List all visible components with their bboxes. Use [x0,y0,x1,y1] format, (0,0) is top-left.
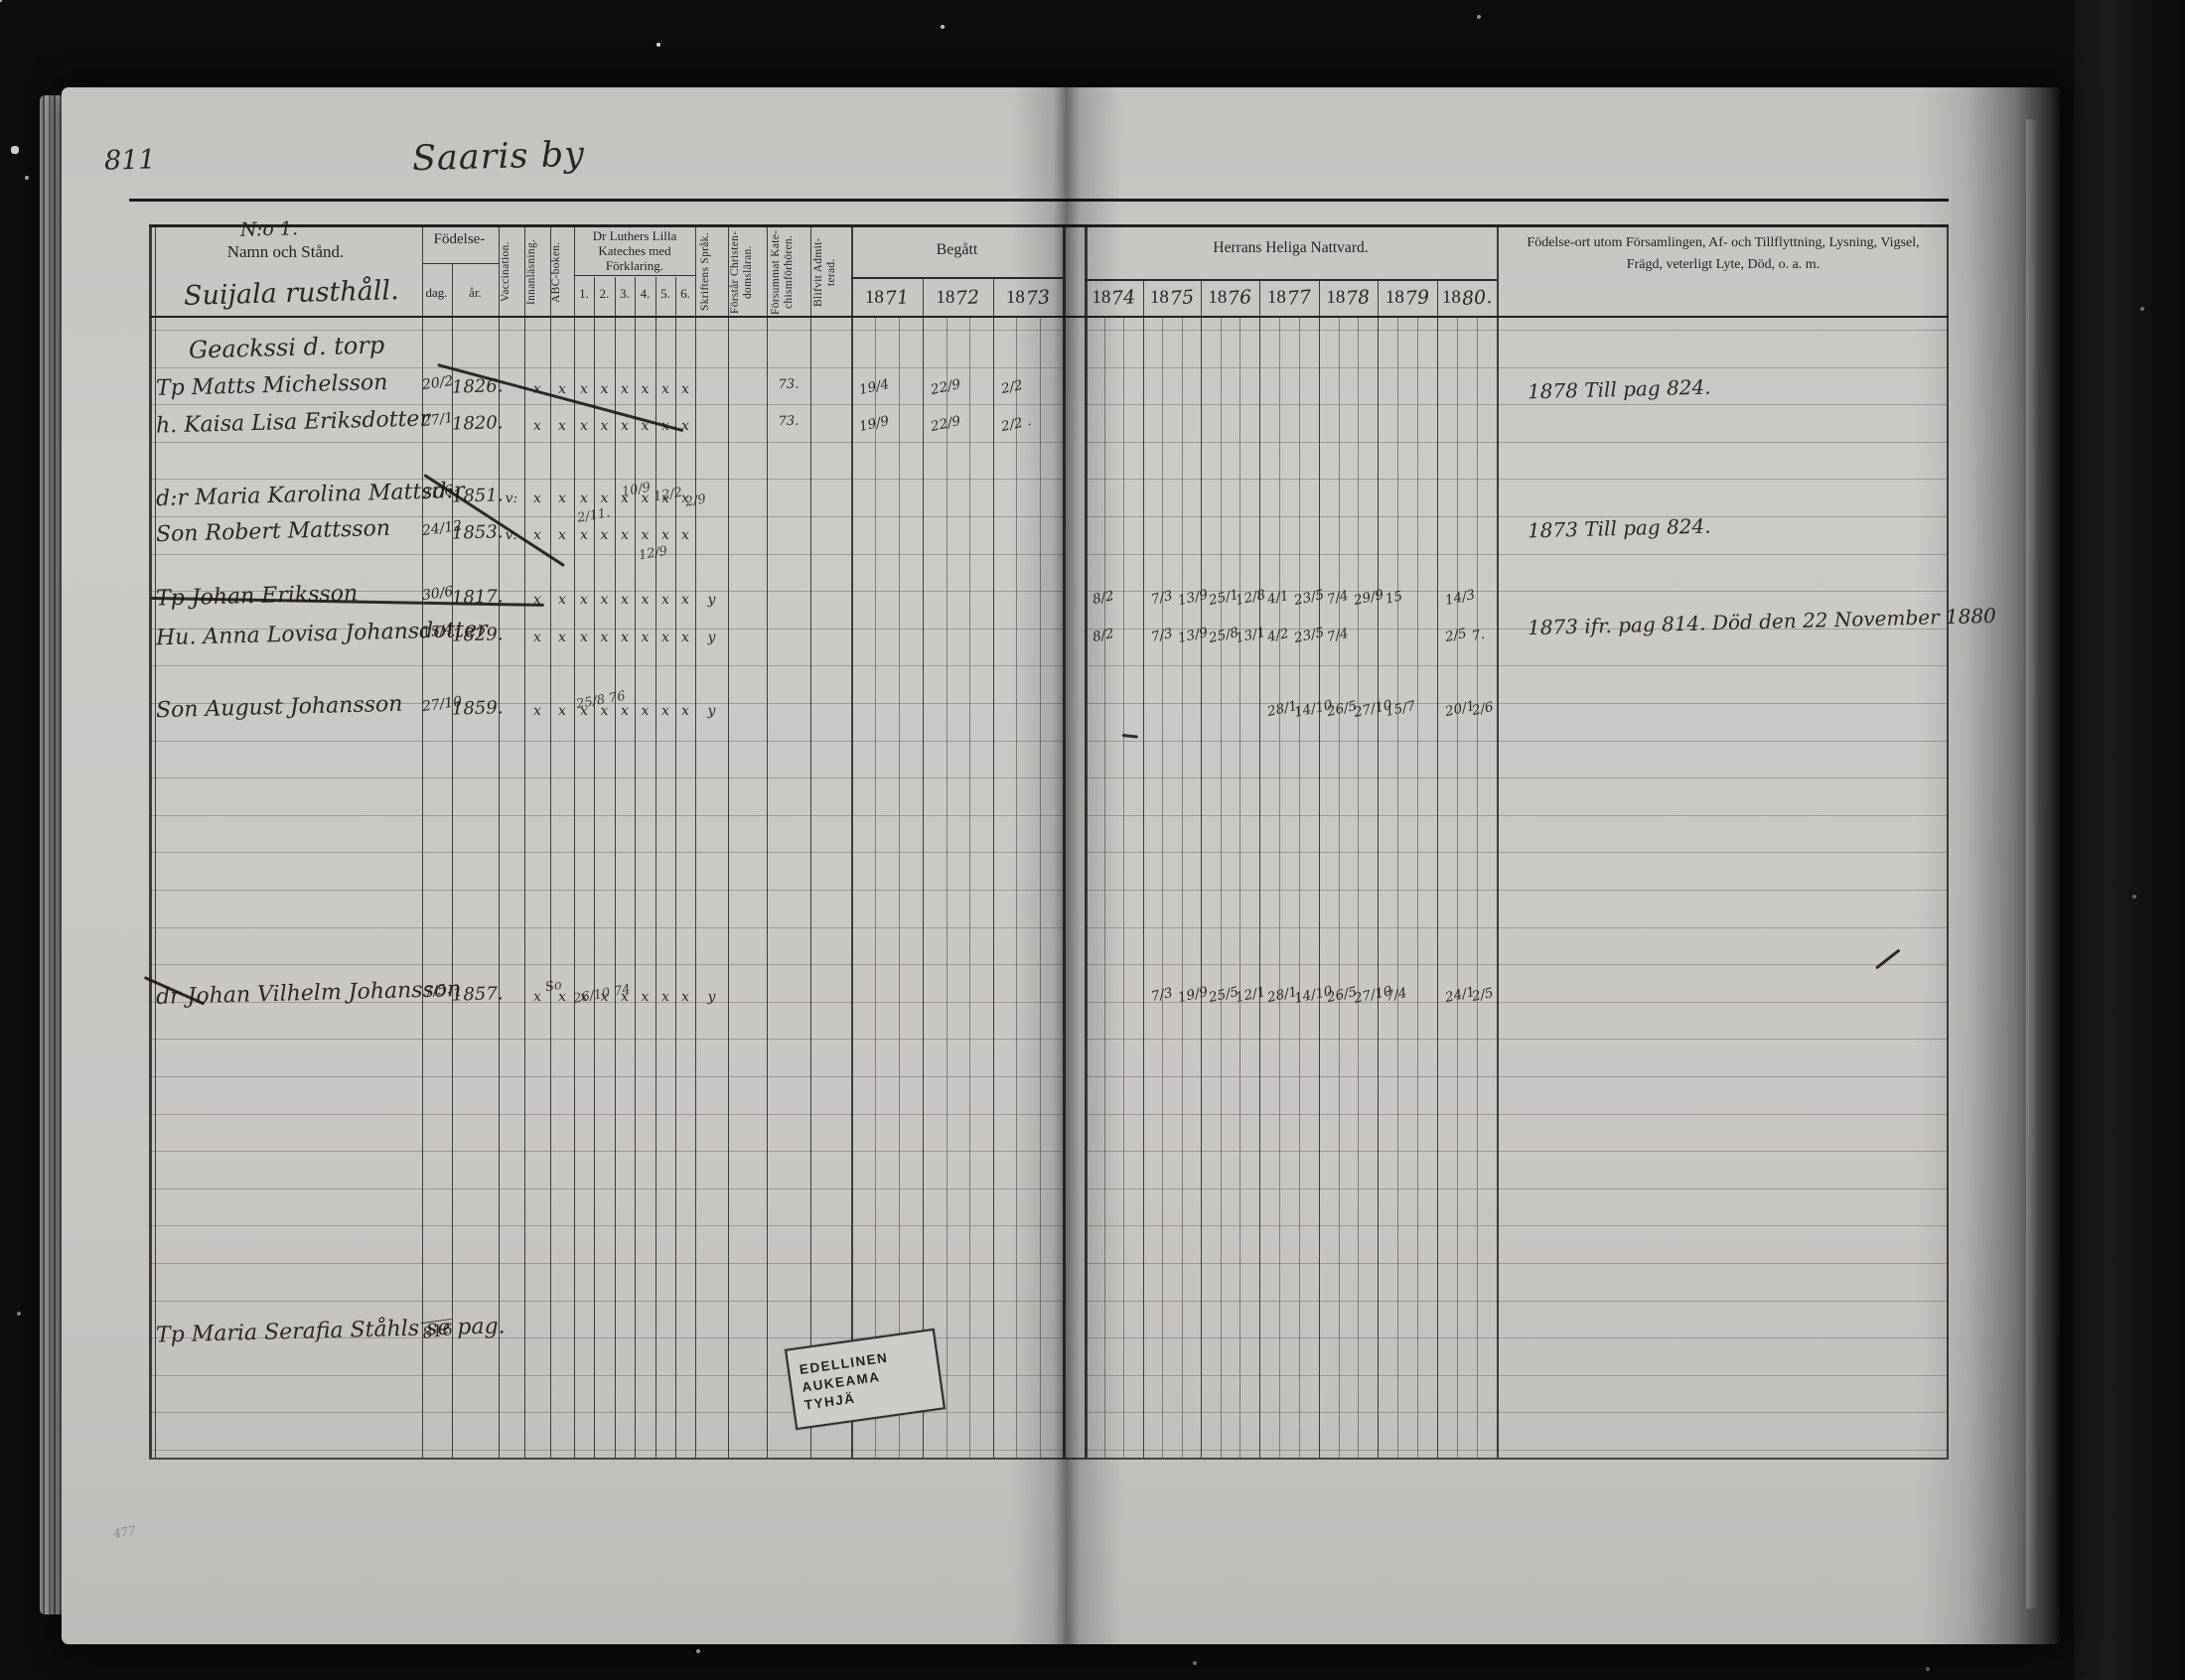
grid-line [149,964,1063,965]
communion-date: 19/9 [858,413,891,435]
cell-check-mark: x [524,630,550,646]
stray-ink: 477 [112,1523,137,1541]
cell-check-mark: x [615,527,635,544]
cell-birth-year: 1829. [452,624,500,645]
grid-line [149,330,1063,331]
grid-line [1085,1225,1949,1226]
grid-line [1457,316,1458,1458]
grid-line [1239,316,1240,1458]
cell-check-mark: x [574,490,594,507]
grid-line [1085,1301,1949,1302]
grid-line [1123,316,1124,1458]
cell-check-mark: x [550,592,574,609]
grid-line [574,224,575,1458]
year-handwritten-suffix: 78 [1346,286,1372,310]
grid-line [1016,316,1017,1458]
grid-line [1085,741,1949,742]
stray-ink: 2/11. [576,505,611,526]
year-printed-prefix: 18 [936,287,954,309]
communion-date: 8/2 [1092,588,1116,608]
grid-line [899,316,900,1458]
communion-date: 22/9 [930,413,962,435]
grid-line [635,277,636,1458]
year-handwritten-suffix: 75 [1169,286,1195,310]
cell-check-mark: x [655,527,675,544]
grid-line [1358,316,1359,1458]
communion-date: 22/9 [930,376,962,398]
grid-line [149,554,1063,555]
cell-birth-day: 27/1 [421,410,454,430]
grid-line [1947,224,1949,1458]
column-header-catechism-number: 3. [615,286,635,302]
grid-line [1085,964,1949,965]
cell-check-mark: x [655,592,675,609]
column-header-year: 1875 [1142,287,1202,309]
cell-check-mark: x [574,630,594,646]
stray-ink: So [544,978,563,996]
grid-line [1085,852,1949,853]
grid-line [810,224,811,1458]
grid-line [851,224,853,1458]
column-header-vertical: terad. [824,229,838,315]
grid-line [923,277,924,1458]
cell-check-mark: x [635,703,655,720]
grid-line [149,1263,1063,1264]
row-name: h. Kaisa Lisa Eriksdotter [156,406,431,438]
grid-line [574,275,695,276]
grid-line [875,316,876,1458]
year-printed-prefix: 18 [1267,287,1286,309]
grid-line [149,1039,1063,1040]
cell-check-mark: x [615,630,635,646]
grid-line [675,277,676,1458]
cell-check-mark: x [550,418,574,435]
column-header-vertical: Vaccination. [499,229,512,315]
row-name: Son August Johansson [156,692,403,723]
grid-line [1085,367,1949,368]
grid-line [149,479,1063,480]
grid-line [1085,554,1949,555]
grid-line [1085,815,1949,816]
cell-check-mark: x [524,418,550,435]
grid-line [149,367,1063,368]
row-name: Son Robert Mattsson [156,516,391,547]
column-header-year: 1879 [1378,287,1437,309]
year-printed-prefix: 18 [1208,287,1227,309]
grid-line [1085,1412,1949,1413]
cell-check-mark: x [635,592,655,609]
column-header-catechism-number: 5. [655,286,675,302]
cell-check-mark: x [550,703,574,720]
cell-check-mark: x [574,418,594,435]
grid-line [1378,279,1379,1458]
grid-line [524,224,525,1458]
grid-line [1085,1114,1949,1115]
year-printed-prefix: 18 [1150,287,1169,309]
cell-ink-note: 73. [767,413,810,429]
grid-line [1397,316,1398,1458]
grid-line [149,665,1063,666]
communion-date: 7/3 [1150,626,1175,645]
column-header-catechism-number: 6. [675,286,695,302]
column-header-vertical: Blifvit Admit- [811,229,825,315]
communion-date: 2/2 . [1000,413,1033,435]
year-handwritten-suffix: 76 [1228,286,1253,310]
cell-check-mark: x [675,989,695,1006]
grid-line [149,1412,1063,1413]
grid-line [1085,1263,1949,1264]
grid-line [149,1189,1063,1190]
cell-check-mark: x [550,527,574,544]
grid-line [149,1114,1063,1115]
communion-date: 2/6 [1471,699,1496,719]
cell-check-mark: y [695,989,728,1006]
column-header-year: 1877 [1259,287,1319,309]
cell-check-mark: x [594,630,615,646]
grid-line [1085,404,1949,405]
grid-line [1497,224,1499,1458]
cell-birth-year: 1820. [452,412,500,434]
cell-check-mark: x [635,989,655,1006]
column-header-vertical: ABC-boken. [549,229,563,315]
cell-check-mark: x [550,630,574,646]
grid-line [155,224,156,1458]
cell-ink-note: 73. [767,376,810,392]
communion-date: 7/3 [1150,588,1175,608]
column-header-year: 1876 [1201,287,1260,309]
grid-line [1143,279,1144,1458]
cell-birth-year: 1859. [452,697,500,719]
grid-line [695,224,696,1458]
cell-check-mark: y [695,703,728,720]
grid-line [1182,316,1183,1458]
grid-line [1085,777,1949,778]
grid-line [728,224,729,1458]
cell-check-mark: y [695,630,728,646]
column-header-vertical: Försummat Kate- [769,229,783,315]
grid-line [1417,316,1418,1458]
cell-check-mark: x [550,490,574,507]
year-handwritten-suffix: 77 [1286,286,1312,310]
grid-line [149,224,1949,227]
cell-check-mark: x [655,630,675,646]
year-printed-prefix: 18 [1006,287,1025,309]
column-header-vertical: chismförhören. [782,229,796,315]
year-handwritten-suffix: 73 [1025,286,1051,310]
year-printed-prefix: 18 [1326,287,1345,309]
year-printed-prefix: 18 [865,287,884,309]
column-header-year: 1878 [1319,287,1379,309]
cell-check-mark: x [675,381,695,398]
cell-check-mark: x [594,527,615,544]
grid-line [1104,316,1105,1458]
cell-check-mark: x [675,592,695,609]
year-handwritten-suffix: 79 [1404,286,1430,310]
column-header-vertical: Förstår Christen- [728,229,742,315]
cell-birth-day: 816 [421,1319,454,1342]
cell-birth-day: 27/10 [421,695,454,715]
grid-line [1085,665,1949,666]
communion-date: 7/4 [1326,588,1351,608]
column-header-year: 1874 [1085,287,1144,309]
communion-date: 8/2 [1092,626,1116,645]
grid-line [655,277,656,1458]
column-header-year: 1871 [857,287,917,309]
grid-line [149,890,1063,891]
grid-line [1085,479,1949,480]
column-header-year: 1872 [929,287,988,309]
column-header-catechism-number: 4. [635,286,655,302]
cell-birth-year: 1857. [452,983,500,1005]
year-handwritten-suffix: 71 [884,286,910,310]
pen-stroke [1875,949,1900,970]
cell-birth-day: 24/12 [421,519,454,539]
grid-line [767,224,768,1458]
column-header-year: 1873 [998,287,1058,309]
cell-check-mark: x [524,490,550,507]
grid-line [149,777,1063,778]
grid-line [1063,224,1066,1458]
row-name: dr Johan Vilhelm Johansson [156,977,462,1010]
communion-date: 2/5 [1444,626,1469,645]
grid-line [1085,1450,1949,1451]
cell-check-mark: x [615,381,635,398]
grid-line [149,1076,1063,1077]
grid-line [1279,316,1280,1458]
year-handwritten-suffix: 72 [955,286,981,310]
grid-line [1299,316,1300,1458]
communion-date: 7/4 [1326,626,1351,645]
dust-specks [0,0,2,2]
cell-check-mark: x [675,418,695,435]
cell-check-mark: x [655,703,675,720]
grid-line [1085,442,1949,443]
grid-line [149,1225,1063,1226]
cell-birth-day: 20/2 [421,373,454,393]
communion-date: 2/2 [1000,377,1025,397]
grid-line [149,1151,1063,1152]
row-name: Tp Matts Michelsson [156,370,388,401]
grid-line [1085,330,1949,331]
column-header-catechism-number: 2. [594,286,615,302]
communion-date: 4/1 [1266,588,1291,608]
column-header-year: 1880. [1437,287,1497,309]
grid-line [1221,316,1222,1458]
grid-line [149,852,1063,853]
cell-check-mark: x [675,527,695,544]
cell-check-mark: x [635,381,655,398]
grid-line [1040,316,1041,1458]
communion-date: 4/2 [1266,626,1291,645]
grid-line [129,199,1949,202]
grid-line [550,224,551,1458]
cell-check-mark: x [655,989,675,1006]
grid-line [1085,1076,1949,1077]
grid-line [1162,316,1163,1458]
cell-birth-year: 1853. [452,521,500,543]
grid-line [1259,279,1260,1458]
column-header-vertical: Skriftens Språk. [698,229,712,315]
row-note: 1873 ifr. pag 814. Död den 22 November 1… [1528,604,1996,639]
grid-line [851,277,1063,279]
stray-ink: 2/9 [684,491,707,509]
cell-check-mark: x [594,418,615,435]
grid-line [947,316,947,1458]
grid-line [149,927,1063,928]
grid-line [993,277,994,1458]
cell-check-mark: x [615,703,635,720]
communion-date: 19/4 [858,376,891,398]
row-note: 1873 Till pag 824. [1528,514,1711,543]
grid-line [1477,316,1478,1458]
cell-check-mark: x [615,592,635,609]
grid-line [149,1301,1063,1302]
grid-line [422,263,499,264]
grid-line [149,316,1949,318]
column-header-catechism-number: 1. [574,286,594,302]
column-header-vertical: Innanläsning. [524,229,538,315]
grid-line [149,1450,1063,1451]
stray-ink: 12/9 [638,544,668,564]
cell-check-mark: x [524,703,550,720]
cell-check-mark: x [675,630,695,646]
grid-line [1319,279,1320,1458]
grid-line [1085,1337,1949,1338]
grid-line [452,263,453,1458]
grid-line [1201,279,1202,1458]
grid-line [1085,1039,1949,1040]
cell-check-mark: x [574,527,594,544]
column-header-vertical: domsläran. [741,229,755,315]
grid-line [1085,1151,1949,1152]
grid-line [1085,1189,1949,1190]
table-and-handwriting-layer: Vaccination.Innanläsning.ABC-boken.Skrif… [0,0,2185,1680]
grid-line [594,277,595,1458]
year-printed-prefix: 18 [1092,287,1110,309]
grid-line [1085,927,1949,928]
cell-check-mark: x [675,703,695,720]
grid-line [615,277,616,1458]
communion-date: 15 [1384,588,1404,607]
cell-check-mark: y [695,592,728,609]
grid-line [1085,279,1497,281]
year-handwritten-suffix: 74 [1111,286,1137,310]
row-name: Tp Johan Eriksson [156,581,359,611]
cell-check-mark: x [635,527,655,544]
scanned-book-spread: 811 Saaris by N:o 1. Namn och Stånd. Sui… [0,0,2185,1680]
grid-line [1085,516,1949,517]
cell-check-mark: v: [499,490,524,507]
grid-line [1085,1375,1949,1376]
cell-check-mark: x [655,381,675,398]
cell-check-mark: x [594,490,615,507]
grid-line [1339,316,1340,1458]
cell-check-mark: x [635,630,655,646]
row-name: d:r Maria Karolina Mattsd:r [156,479,465,511]
grid-line [149,224,152,1458]
grid-line [1437,279,1438,1458]
grid-line [149,815,1063,816]
cell-check-mark: x [615,418,635,435]
cell-check-mark: x [574,381,594,398]
grid-line [969,316,970,1458]
grid-line [149,741,1063,742]
grid-line [1085,890,1949,891]
cell-check-mark: x [594,381,615,398]
year-handwritten-suffix: 80. [1461,286,1493,310]
cell-check-mark: x [574,592,594,609]
grid-line [149,442,1063,443]
cell-check-mark: x [594,592,615,609]
grid-line [499,224,500,1458]
year-printed-prefix: 18 [1385,287,1404,309]
grid-line [149,1458,1949,1460]
grid-line [1085,224,1088,1458]
year-printed-prefix: 18 [1442,287,1461,309]
grid-line [1085,703,1949,704]
row-note: 1878 Till pag 824. [1528,375,1711,404]
grid-line [149,404,1063,405]
row-group-heading: Geackssi d. torp [189,331,385,363]
